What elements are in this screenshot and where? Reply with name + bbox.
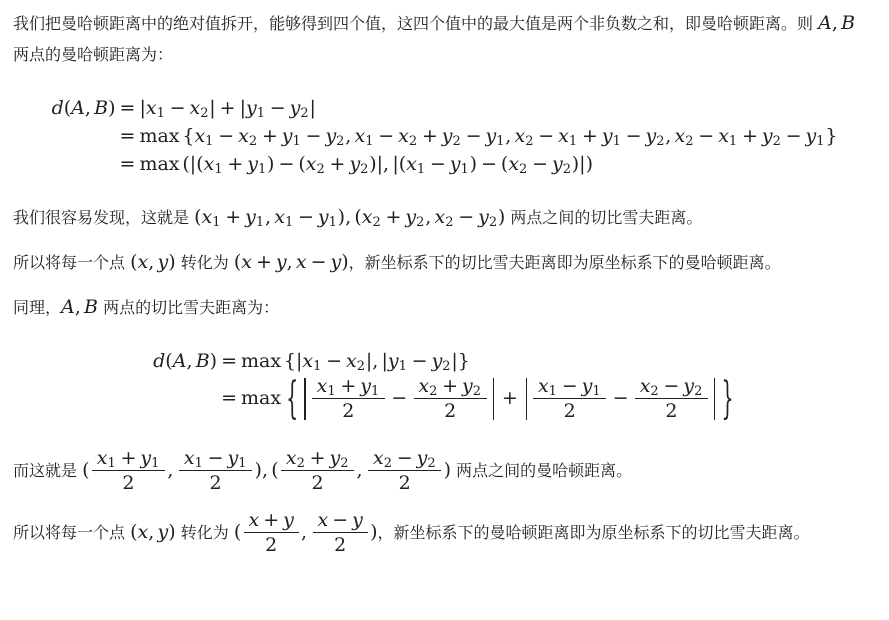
math-line-rhs: =max{x1−x2+y1−y2,x1−x2+y2−y1,x2−x1+y1−y2… [116,122,838,150]
inline-math: (x+y,x−y) [234,251,349,273]
fraction: x−y2 [313,509,368,557]
math-line-lhs: d(A,B) [153,347,217,375]
fraction: x2−y22 [635,375,708,423]
tall-abs-bar [714,378,715,421]
article-content: 我们把曼哈顿距离中的绝对值拆开，能够得到四个值，这四个值中的最大值是两个非负数之… [0,8,889,556]
math-line-lhs: d(A,B) [52,94,116,122]
inline-math: (x1+y1,x1−y1),(x2+y2,x2−y2) [194,206,505,228]
fraction: x1−y12 [533,375,606,423]
fraction: x1+y12 [312,375,385,423]
fraction: x2−y22 [368,447,441,495]
inline-math: A,B [61,296,98,318]
paragraph-chebyshev-observation: 我们很容易发现，这就是 (x1+y1,x1−y1),(x2+y2,x2−y2) … [13,202,876,233]
paragraph-transform-to-chebyshev: 所以将每一个点 (x,y) 转化为 (x+y,x−y)，新坐标系下的切比雪夫距离… [13,247,876,278]
fraction: x2+y22 [281,447,354,495]
display-math-manhattan: d(A,B)=|x1−x2|+|y1−y2|=max{x1−x2+y1−y2,x… [52,94,838,178]
fraction: x1−y12 [179,447,252,495]
tall-brace: { [286,367,298,431]
tall-abs-bar [304,378,305,421]
paragraph-manhattan-observation: 而这就是 (x1+y12,x1−y12),(x2+y22,x2−y22) 两点之… [13,447,876,495]
paragraph-split-abs-intro: 我们把曼哈顿距离中的绝对值拆开，能够得到四个值，这四个值中的最大值是两个非负数之… [13,8,876,70]
inline-math: (x,y) [130,521,176,543]
display-math-chebyshev: d(A,B)=max{|x1−x2|,|y1−y2|}=max{x1+y12−x… [153,347,736,423]
paragraph-transform-to-manhattan: 所以将每一个点 (x,y) 转化为 (x+y2,x−y2)，新坐标系下的曼哈顿距… [13,509,876,557]
inline-math: (x1+y12,x1−y12),(x2+y22,x2−y22) [82,459,451,481]
fraction: x+y2 [244,509,299,557]
math-line-rhs: =max{x1+y12−x2+y22+x1−y12−x2−y22} [217,375,736,423]
math-line-rhs: =max(|(x1+y1)−(x2+y2)|,|(x1−y1)−(x2−y2)|… [116,150,838,178]
inline-math: A,B [818,12,855,34]
fraction: x1+y12 [92,447,165,495]
inline-math: (x,y) [130,251,176,273]
math-line-rhs: =|x1−x2|+|y1−y2| [116,94,838,122]
fraction: x2+y22 [414,375,487,423]
tall-abs-bar [493,378,494,421]
paragraph-similarly-chebyshev: 同理，A,B 两点的切比雪夫距离为： [13,292,876,323]
tall-abs-bar [526,378,527,421]
tall-brace: } [722,367,734,431]
inline-math: (x+y2,x−y2) [234,521,378,543]
